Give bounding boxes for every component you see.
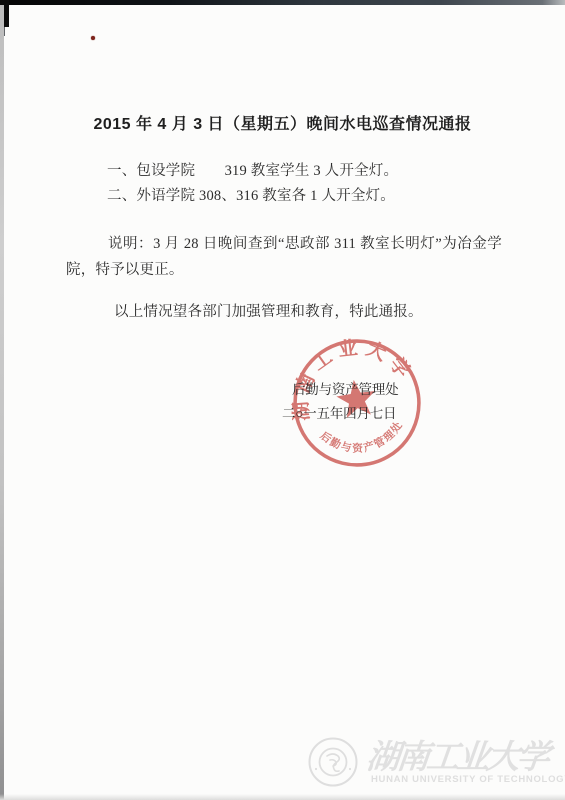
closing-statement: 以上情况望各部门加强管理和教育，特此通报。 (114, 301, 423, 323)
signature-date: 二○一五年四月七日 (282, 402, 396, 422)
logo-inner-ring (320, 749, 347, 776)
logo-ring-dot-left (315, 768, 317, 770)
scan-artifact-top-band (0, 0, 565, 5)
notice-item-1: 一、包设学院 319 教室学生 3 人开全灯。 (107, 160, 398, 182)
correction-note: 说明：3 月 28 日晚间查到“思政部 311 教室长明灯”为冶金学院，特予以更… (66, 231, 502, 283)
logo-outer-ring (310, 739, 357, 786)
scanned-document-page: 2015 年 4 月 3 日（星期五）晚间水电巡查情况通报 一、包设学院 319… (0, 0, 565, 800)
logo-emblem-glyph (327, 754, 339, 771)
document-title: 2015 年 4 月 3 日（星期五）晚间水电巡查情况通报 (0, 111, 565, 134)
signature-department: 后勤与资产管理处 (292, 378, 398, 398)
watermark-university-name-en: HUNAN UNIVERSITY OF TECHNOLOGY (371, 774, 561, 785)
watermark-university-name-cn: 湖南工业大学 (365, 731, 560, 778)
university-logo-watermark (307, 736, 359, 788)
notice-item-2: 二、外语学院 308、316 教室各 1 人开全灯。 (107, 185, 395, 207)
logo-ring-dot-right (349, 768, 351, 770)
scan-artifact-bottom-strip (0, 794, 565, 800)
scan-artifact-red-dot (91, 36, 95, 40)
